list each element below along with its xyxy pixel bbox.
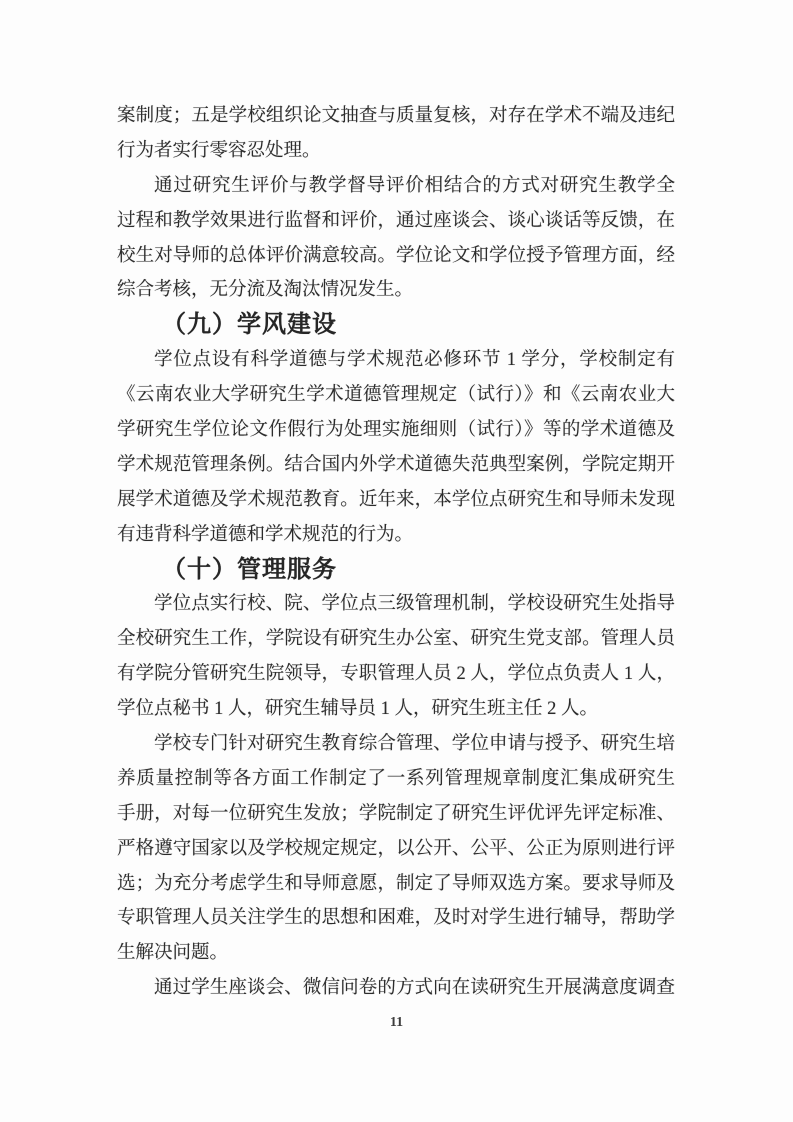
text-line: 学术规范管理条例。结合国内外学术道德失范典型案例，学院定期开 [117, 448, 675, 483]
text-line: 严格遵守国家以及学校规定规定，以公开、公平、公正为原则进行评 [117, 832, 675, 867]
text-line: 学位点秘书 1 人，研究生辅导员 1 人，研究生班主任 2 人。 [117, 692, 675, 727]
document-page: 案制度；五是学校组织论文抽查与质量复核，对存在学术不端及违纪行为者实行零容忍处理… [0, 0, 793, 1122]
page-number: 11 [0, 1015, 793, 1031]
text-line: 生解决问题。 [117, 936, 675, 971]
text-line: 综合考核，无分流及淘汰情况发生。 [117, 273, 675, 308]
page-text: 案制度；五是学校组织论文抽查与质量复核，对存在学术不端及违纪行为者实行零容忍处理… [117, 99, 675, 1006]
text-line: 专职管理人员关注学生的思想和困难，及时对学生进行辅导，帮助学 [117, 901, 675, 936]
text-line: 案制度；五是学校组织论文抽查与质量复核，对存在学术不端及违纪 [117, 99, 675, 134]
text-line: 学位点实行校、院、学位点三级管理机制，学校设研究生处指导 [117, 587, 675, 622]
text-line: 行为者实行零容忍处理。 [117, 134, 675, 169]
text-line: 过程和教学效果进行监督和评价，通过座谈会、谈心谈话等反馈，在 [117, 204, 675, 239]
text-line: 展学术道德及学术规范教育。近年来，本学位点研究生和导师未发现 [117, 483, 675, 518]
text-line: 校生对导师的总体评价满意较高。学位论文和学位授予管理方面，经 [117, 239, 675, 274]
text-line: 有学院分管研究生院领导，专职管理人员 2 人，学位点负责人 1 人， [117, 657, 675, 692]
text-line: 养质量控制等各方面工作制定了一系列管理规章制度汇集成研究生 [117, 762, 675, 797]
text-line: 学校专门针对研究生教育综合管理、学位申请与授予、研究生培 [117, 727, 675, 762]
section-heading: （十）管理服务 [117, 553, 675, 588]
text-line: 学位点设有科学道德与学术规范必修环节 1 学分，学校制定有 [117, 343, 675, 378]
text-line: 学研究生学位论文作假行为处理实施细则（试行）》等的学术道德及 [117, 413, 675, 448]
text-line: 通过研究生评价与教学督导评价相结合的方式对研究生教学全 [117, 169, 675, 204]
text-line: 《云南农业大学研究生学术道德管理规定（试行）》和《云南农业大 [117, 378, 675, 413]
text-line: 选；为充分考虑学生和导师意愿，制定了导师双选方案。要求导师及 [117, 867, 675, 902]
text-line: 通过学生座谈会、微信问卷的方式向在读研究生开展满意度调查 [117, 971, 675, 1006]
text-line: 手册，对每一位研究生发放；学院制定了研究生评优评先评定标准、 [117, 797, 675, 832]
text-line: 有违背科学道德和学术规范的行为。 [117, 518, 675, 553]
section-heading: （九）学风建设 [117, 308, 675, 343]
text-line: 全校研究生工作，学院设有研究生办公室、研究生党支部。管理人员 [117, 622, 675, 657]
